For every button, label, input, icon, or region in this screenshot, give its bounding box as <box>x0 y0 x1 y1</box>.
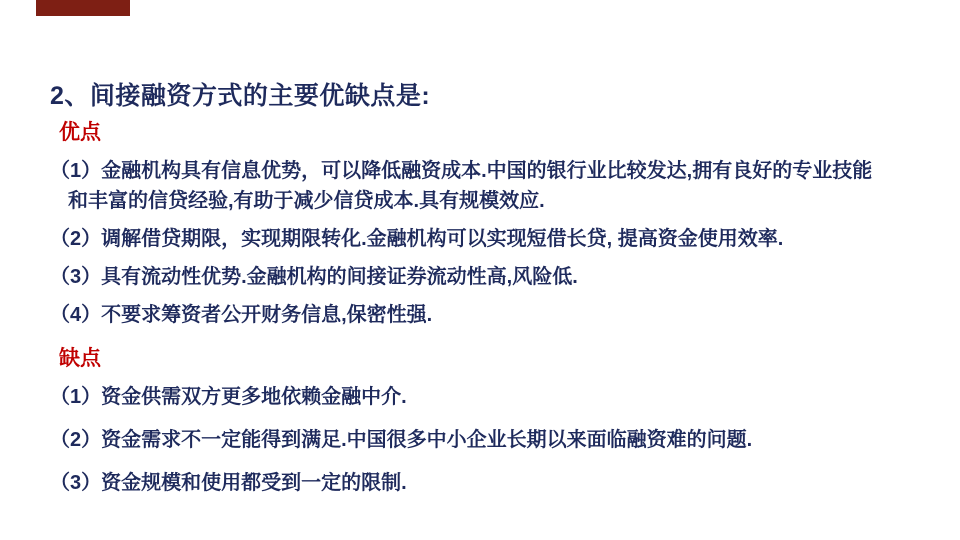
advantage-item-3: （3）具有流动性优势.金融机构的间接证券流动性高,风险低. <box>50 262 878 292</box>
accent-bar <box>36 0 130 16</box>
advantages-heading: 优点 <box>59 120 878 146</box>
disadvantage-item-2: （2）资金需求不一定能得到满足.中国很多中小企业长期以来面临融资难的问题. <box>50 425 878 455</box>
advantage-item-2: （2）调解借贷期限，实现期限转化.金融机构可以实现短借长贷, 提高资金使用效率. <box>50 224 878 254</box>
slide-title: 2、间接融资方式的主要优缺点是: <box>50 82 878 110</box>
disadvantage-item-3: （3）资金规模和使用都受到一定的限制. <box>50 468 878 498</box>
advantage-item-1: （1）金融机构具有信息优势，可以降低融资成本.中国的银行业比较发达,拥有良好的专… <box>50 156 878 216</box>
disadvantages-heading: 缺点 <box>59 346 878 372</box>
slide-content: 2、间接融资方式的主要优缺点是: 优点 （1）金融机构具有信息优势，可以降低融资… <box>50 82 878 511</box>
disadvantage-item-1: （1）资金供需双方更多地依赖金融中介. <box>50 382 878 412</box>
advantage-item-4: （4）不要求筹资者公开财务信息,保密性强. <box>50 300 878 330</box>
slide: 2、间接融资方式的主要优缺点是: 优点 （1）金融机构具有信息优势，可以降低融资… <box>0 0 960 540</box>
